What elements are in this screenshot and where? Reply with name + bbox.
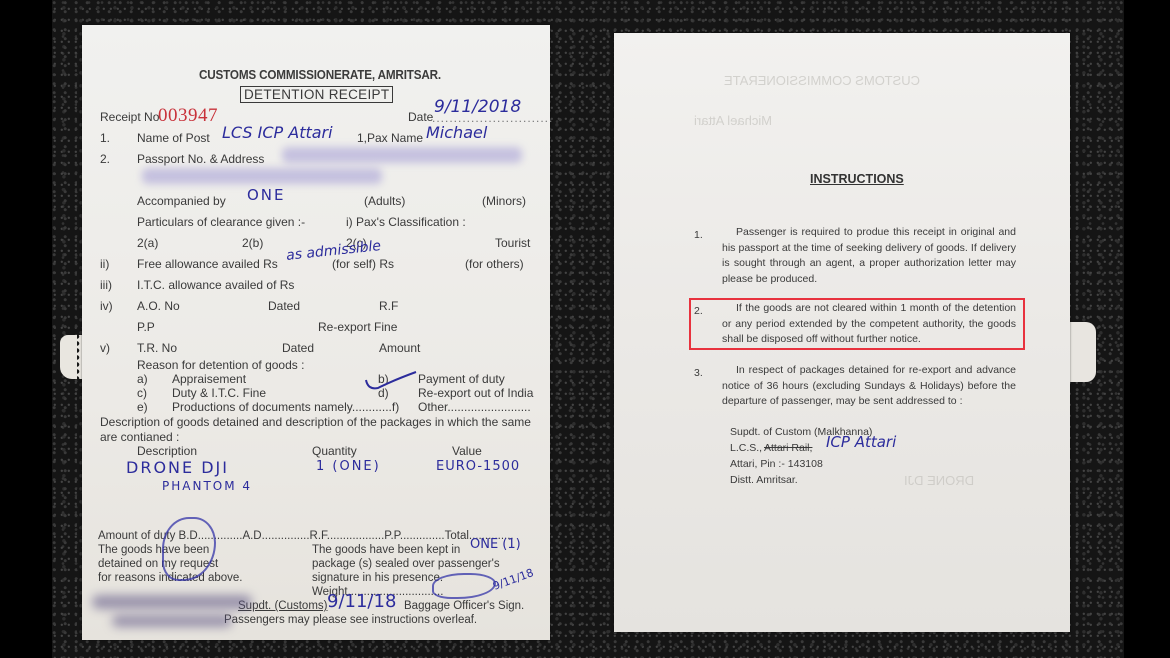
class-tourist: Tourist [495, 236, 530, 250]
checkmark-icon [364, 370, 420, 394]
instruction-1: Passenger is required to produe this rec… [722, 225, 1016, 287]
itc-label: I.T.C. allowance availed of Rs [137, 278, 294, 292]
for-self-label: (for self) Rs [332, 257, 394, 271]
free-allowance-label: Free allowance availed Rs [137, 257, 278, 271]
item-number: 2. [100, 152, 110, 166]
show-through-text: DRONE DJI [904, 473, 974, 488]
description-intro: Description of goods detained and descri… [100, 415, 531, 429]
duty-line: Amount of duty B.D..............A.D.....… [98, 530, 514, 542]
kept-note-cont: signature in his presence. [312, 572, 443, 584]
reasons-title: Reason for detention of goods : [137, 358, 304, 372]
address-struck-text: Attari Rail, [764, 442, 812, 454]
date-value: 9/11/2018 [434, 97, 521, 117]
item-number: v) [100, 341, 110, 355]
overleaf-note: Passengers may please see instructions o… [224, 614, 477, 626]
reason-a-marker: a) [137, 372, 148, 386]
letterbox-right [1124, 0, 1170, 658]
reason-d: Re-export out of India [418, 386, 533, 400]
for-others-label: (for others) [465, 257, 524, 271]
amount-label: Amount [379, 341, 420, 355]
reason-c-marker: c) [137, 386, 147, 400]
classification-label: i) Pax's Classification : [346, 215, 466, 229]
kept-note: The goods have been kept in [312, 544, 460, 556]
goods-description-cont: PHANTOM 4 [162, 479, 252, 493]
address-line-3: Attari, Pin :- 143108 [730, 458, 823, 470]
redacted-address [142, 168, 382, 184]
officer-signature [432, 573, 496, 599]
address-line-2-prefix: L.C.S., [730, 442, 762, 454]
pp-label: P.P [137, 320, 155, 334]
reason-b: Payment of duty [418, 372, 505, 386]
ao-label: A.O. No [137, 299, 180, 313]
instruction-number: 3. [694, 367, 703, 379]
adults-label: (Adults) [364, 194, 405, 208]
redacted-passenger-signature [92, 595, 252, 609]
reason-e: Productions of documents namely.........… [172, 400, 399, 414]
date-label: Date [408, 110, 433, 124]
receipt-number-label: Receipt No [100, 110, 159, 124]
item-number: iii) [100, 278, 112, 292]
detention-receipt: CUSTOMS COMMISSIONERATE, AMRITSAR. DETEN… [82, 25, 550, 640]
reexport-fine-label: Re-export Fine [318, 320, 397, 334]
supdt-sign-date: 9/11/18 [327, 591, 396, 612]
class-2a: 2(a) [137, 236, 158, 250]
dated-label: Dated [282, 341, 314, 355]
accompanied-label: Accompanied by [137, 194, 226, 208]
goods-header-description: Description [137, 444, 197, 458]
pax-name-label: 1,Pax Name [357, 131, 423, 145]
reason-a: Appraisement [172, 372, 246, 386]
issuer-header: CUSTOMS COMMISSIONERATE, AMRITSAR. [199, 67, 441, 82]
baggage-officer-label: Baggage Officer's Sign. [404, 600, 524, 612]
reason-e-marker: e) [137, 400, 148, 414]
receipt-number: 003947 [158, 105, 218, 127]
description-intro-cont: are contianed : [100, 430, 179, 444]
item-number: ii) [100, 257, 109, 271]
clearance-label: Particulars of clearance given :- [137, 215, 305, 229]
goods-value: EURO-1500 [436, 459, 520, 474]
receipt-title: DETENTION RECEIPT [240, 86, 393, 103]
instruction-3: In respect of packages detained for re-e… [722, 363, 1016, 410]
instructions-title: INSTRUCTIONS [810, 172, 904, 186]
class-2b: 2(b) [242, 236, 263, 250]
pax-name-value: Michael [426, 123, 487, 142]
address-line-4: Distt. Amritsar. [730, 474, 798, 486]
passport-label: Passport No. & Address [137, 152, 264, 166]
goods-quantity: 1 (ONE) [316, 459, 381, 474]
goods-description: DRONE DJI [126, 458, 229, 477]
item-number: 1. [100, 131, 110, 145]
show-through-text: CUSTOMS COMMISSIONERATE [724, 73, 920, 88]
minors-label: (Minors) [482, 194, 526, 208]
dated-label: Dated [268, 299, 300, 313]
letterbox-left [0, 0, 52, 658]
reason-f: Other......................... [418, 400, 531, 414]
accompanied-value: ONE [247, 186, 286, 204]
paper-tear-right [1066, 322, 1096, 382]
instruction-number: 1. [694, 229, 703, 241]
redacted-passenger-signature [112, 615, 232, 627]
post-label: Name of Post [137, 131, 210, 145]
goods-header-quantity: Quantity [312, 444, 357, 458]
address-handwritten-correction: ICP Attari [826, 433, 896, 451]
item-number: iv) [100, 299, 113, 313]
post-value: LCS ICP Attari [222, 123, 333, 142]
reason-c: Duty & I.T.C. Fine [172, 386, 266, 400]
packages-value: ONE (1) [470, 537, 521, 552]
goods-header-value: Value [452, 444, 482, 458]
show-through-text: Michael Attari [694, 113, 772, 128]
rf-label: R.F [379, 299, 398, 313]
highlight-annotation-box [689, 298, 1025, 350]
redacted-passport [282, 147, 522, 163]
kept-note-cont: package (s) sealed over passenger's [312, 558, 500, 570]
tr-label: T.R. No [137, 341, 177, 355]
officer-sign-date: 9/11/18 [491, 566, 535, 593]
